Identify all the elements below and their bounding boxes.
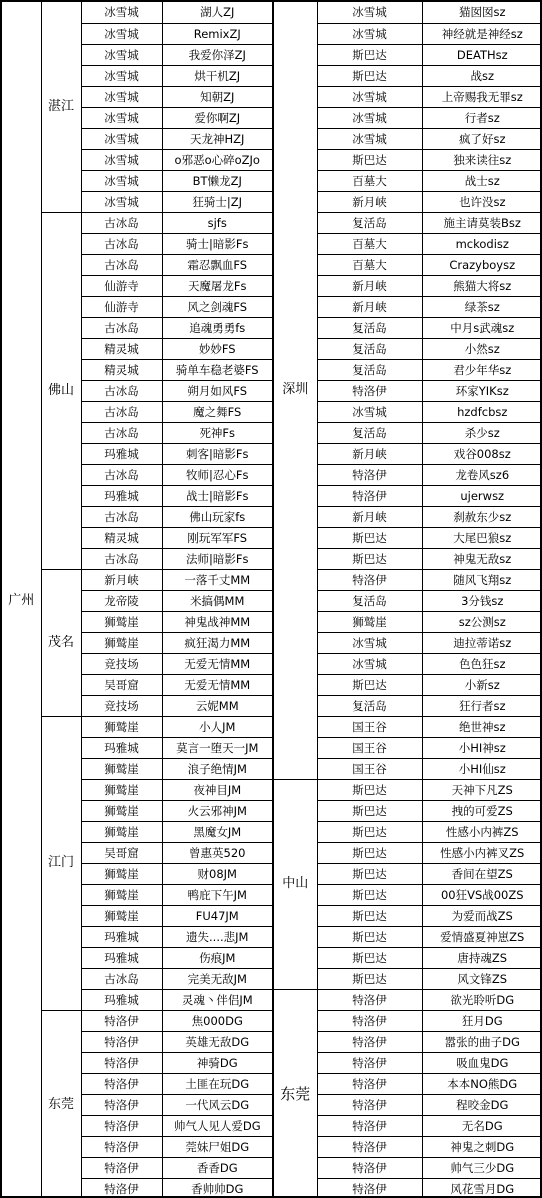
server-cell: 玛雅城 (81, 737, 162, 758)
server-cell: 吴哥窟 (81, 842, 162, 863)
player-name-cell: 香香DG (162, 1157, 272, 1178)
server-cell: 玛雅城 (81, 947, 162, 968)
server-cell: 狮鹫崖 (81, 800, 162, 821)
server-cell: 特洛伊 (81, 1052, 162, 1073)
city-cell: 江门 (41, 716, 81, 1010)
player-name-cell: sjfs (162, 212, 272, 233)
table-row: 东莞特洛伊焦000DG (2, 1010, 272, 1031)
player-name-cell: 香帅帅DG (162, 1178, 272, 1198)
city-cell: 中山 (274, 779, 317, 989)
player-name-cell: 米搞偶MM (162, 590, 272, 611)
player-name-cell: 行者sz (422, 107, 542, 128)
server-cell: 百墓大 (317, 170, 422, 191)
city-cell: 湛江 (41, 2, 81, 212)
server-cell: 冰雪城 (81, 191, 162, 212)
server-cell: 斯巴达 (317, 821, 422, 842)
table-row: 茂名新月峡一落千丈MM (2, 569, 272, 590)
server-cell: 特洛伊 (317, 1157, 422, 1178)
player-name-cell: 迪拉蒂诺sz (422, 632, 542, 653)
server-cell: 特洛伊 (317, 380, 422, 401)
player-name-cell: 一代风云DG (162, 1094, 272, 1115)
player-name-cell: 小HI神sz (422, 737, 542, 758)
player-name-cell: 帅气人见人爱DG (162, 1115, 272, 1136)
player-name-cell: 刚玩军军FS (162, 527, 272, 548)
player-name-cell: 我爱你泽ZJ (162, 44, 272, 65)
player-name-cell: 天神下凡ZS (422, 779, 542, 800)
player-name-cell: 灵魂丶伴侣JM (162, 989, 272, 1010)
server-cell: 玛雅城 (81, 989, 162, 1010)
server-cell: 古冰岛 (81, 401, 162, 422)
player-name-cell: 绝世神sz (422, 716, 542, 737)
server-cell: 冰雪城 (81, 107, 162, 128)
server-cell: 国王谷 (317, 716, 422, 737)
server-cell: 仙游寺 (81, 296, 162, 317)
player-name-cell: 一落千丈MM (162, 569, 272, 590)
server-cell: 斯巴达 (317, 863, 422, 884)
server-cell: 狮鹫崖 (81, 779, 162, 800)
server-cell: 斯巴达 (317, 44, 422, 65)
right-table-region: 深圳冰雪城猫囡囡sz冰雪城神经就是神经sz斯巴达DEATHsz斯巴达战sz冰雪城… (272, 2, 540, 1196)
server-cell: 特洛伊 (317, 1010, 422, 1031)
table-row: 江门狮鹫崖小人JM (2, 716, 272, 737)
player-name-cell: 狂行者sz (422, 695, 542, 716)
player-name-cell: 3分钱sz (422, 590, 542, 611)
player-name-cell: o邪恶o心碎oZJo (162, 149, 272, 170)
server-cell: 新月峡 (317, 191, 422, 212)
city-cell: 茂名 (41, 569, 81, 716)
player-name-cell: 神鬼之刺DG (422, 1136, 542, 1157)
player-name-cell: 小然sz (422, 338, 542, 359)
left-table-region: 广州湛江冰雪城湖人ZJ冰雪城RemixZJ冰雪城我爱你泽ZJ冰雪城烘干机ZJ冰雪… (2, 2, 272, 1196)
server-cell: 新月峡 (81, 569, 162, 590)
server-cell: 精灵城 (81, 359, 162, 380)
server-cell: 特洛伊 (317, 569, 422, 590)
player-name-cell: RemixZJ (162, 23, 272, 44)
player-name-cell: 莫言一堕天一JM (162, 737, 272, 758)
player-name-cell: 爱情盛夏神崽ZS (422, 926, 542, 947)
player-name-cell: 战士|暗影Fs (162, 485, 272, 506)
server-cell: 冰雪城 (317, 632, 422, 653)
player-name-cell: 风文锋ZS (422, 968, 542, 989)
city-cell: 深圳 (274, 2, 317, 779)
player-name-cell: 疯了好sz (422, 128, 542, 149)
player-name-cell: 程咬金DG (422, 1094, 542, 1115)
player-name-cell: hzdfcbsz (422, 401, 542, 422)
server-cell: 特洛伊 (81, 1115, 162, 1136)
server-cell: 特洛伊 (81, 1010, 162, 1031)
province-cell: 广州 (2, 2, 41, 1198)
player-name-cell: 熊猫大将sz (422, 275, 542, 296)
player-name-cell: 性感小内裤ZS (422, 821, 542, 842)
left-roster-table: 广州湛江冰雪城湖人ZJ冰雪城RemixZJ冰雪城我爱你泽ZJ冰雪城烘干机ZJ冰雪… (2, 2, 272, 1198)
server-cell: 古冰岛 (81, 233, 162, 254)
player-name-cell: 火云邪神JM (162, 800, 272, 821)
server-cell: 新月峡 (317, 506, 422, 527)
server-cell: 精灵城 (81, 338, 162, 359)
player-name-cell: FU47JM (162, 905, 272, 926)
table-row: 东莞特洛伊欲光聆听DG (274, 989, 542, 1010)
server-cell: 狮鹫崖 (317, 611, 422, 632)
server-cell: 狮鹫崖 (81, 821, 162, 842)
server-cell: 冰雪城 (81, 2, 162, 23)
player-name-cell: 死神Fs (162, 422, 272, 443)
server-cell: 古冰岛 (81, 464, 162, 485)
player-name-cell: 天魔屠龙Fs (162, 275, 272, 296)
player-name-cell: 君少年华sz (422, 359, 542, 380)
server-cell: 冰雪城 (81, 149, 162, 170)
server-cell: 特洛伊 (317, 989, 422, 1010)
server-cell: 狮鹫崖 (81, 611, 162, 632)
server-cell: 冰雪城 (317, 653, 422, 674)
player-name-cell: 本本NO熊DG (422, 1073, 542, 1094)
player-name-cell: 欲光聆听DG (422, 989, 542, 1010)
server-cell: 复活岛 (317, 212, 422, 233)
player-name-cell: 土匪在玩DG (162, 1073, 272, 1094)
server-cell: 冰雪城 (81, 65, 162, 86)
player-name-cell: 大尾巴狼sz (422, 527, 542, 548)
server-cell: 国王谷 (317, 758, 422, 779)
player-name-cell: 骑士|暗影Fs (162, 233, 272, 254)
server-cell: 玛雅城 (81, 926, 162, 947)
player-name-cell: 嚣张的曲子DG (422, 1031, 542, 1052)
server-cell: 斯巴达 (317, 65, 422, 86)
player-name-cell: 爱你啊ZJ (162, 107, 272, 128)
server-cell: 玛雅城 (81, 485, 162, 506)
player-name-cell: Crazyboysz (422, 254, 542, 275)
server-cell: 特洛伊 (81, 1178, 162, 1198)
server-cell: 冰雪城 (317, 86, 422, 107)
player-name-cell: 随风飞翔sz (422, 569, 542, 590)
player-name-cell: 猫囡囡sz (422, 2, 542, 23)
player-name-cell: 完美无敌JM (162, 968, 272, 989)
server-cell: 冰雪城 (317, 128, 422, 149)
player-name-cell: 为爱而战ZS (422, 905, 542, 926)
server-cell: 斯巴达 (317, 968, 422, 989)
player-name-cell: 狂骑士|ZJ (162, 191, 272, 212)
server-cell: 新月峡 (317, 275, 422, 296)
player-name-cell: 00狂VS战00ZS (422, 884, 542, 905)
player-name-cell: 财08JM (162, 863, 272, 884)
player-name-cell: sz公测sz (422, 611, 542, 632)
server-cell: 复活岛 (317, 590, 422, 611)
player-name-cell: 天龙神HZJ (162, 128, 272, 149)
server-cell: 冰雪城 (81, 128, 162, 149)
player-name-cell: 云妮MM (162, 695, 272, 716)
roster-sheet: 广州湛江冰雪城湖人ZJ冰雪城RemixZJ冰雪城我爱你泽ZJ冰雪城烘干机ZJ冰雪… (0, 0, 542, 1198)
player-name-cell: 霜忍飘血FS (162, 254, 272, 275)
player-name-cell: 施主请莫装Bsz (422, 212, 542, 233)
player-name-cell: 帅气三少DG (422, 1157, 542, 1178)
table-row: 中山斯巴达天神下凡ZS (274, 779, 542, 800)
server-cell: 冰雪城 (81, 170, 162, 191)
server-cell: 冰雪城 (317, 2, 422, 23)
server-cell: 古冰岛 (81, 422, 162, 443)
server-cell: 狮鹫崖 (81, 905, 162, 926)
server-cell: 特洛伊 (317, 1073, 422, 1094)
player-name-cell: 疯狂渴力MM (162, 632, 272, 653)
player-name-cell: 战sz (422, 65, 542, 86)
city-cell: 东莞 (41, 1010, 81, 1198)
server-cell: 特洛伊 (317, 1094, 422, 1115)
player-name-cell: 神骑DG (162, 1052, 272, 1073)
player-name-cell: 风之剑魂FS (162, 296, 272, 317)
player-name-cell: 知朝ZJ (162, 86, 272, 107)
player-name-cell: 佛山玩家fs (162, 506, 272, 527)
server-cell: 特洛伊 (317, 1115, 422, 1136)
server-cell: 古冰岛 (81, 506, 162, 527)
player-name-cell: 中月s武魂sz (422, 317, 542, 338)
player-name-cell: 狂月DG (422, 1010, 542, 1031)
table-row: 深圳冰雪城猫囡囡sz (274, 2, 542, 23)
server-cell: 古冰岛 (81, 380, 162, 401)
player-name-cell: 法师|暗影Fs (162, 548, 272, 569)
player-name-cell: 英雄无敌DG (162, 1031, 272, 1052)
server-cell: 百墓大 (317, 254, 422, 275)
right-roster-table: 深圳冰雪城猫囡囡sz冰雪城神经就是神经sz斯巴达DEATHsz斯巴达战sz冰雪城… (274, 2, 542, 1198)
server-cell: 复活岛 (317, 317, 422, 338)
table-row: 广州湛江冰雪城湖人ZJ (2, 2, 272, 23)
server-cell: 特洛伊 (81, 1157, 162, 1178)
server-cell: 斯巴达 (317, 947, 422, 968)
server-cell: 复活岛 (317, 422, 422, 443)
player-name-cell: 戏谷008sz (422, 443, 542, 464)
player-name-cell: 朔月如风FS (162, 380, 272, 401)
player-name-cell: mckodisz (422, 233, 542, 254)
server-cell: 斯巴达 (317, 884, 422, 905)
server-cell: 斯巴达 (317, 149, 422, 170)
server-cell: 精灵城 (81, 527, 162, 548)
server-cell: 斯巴达 (317, 548, 422, 569)
server-cell: 特洛伊 (81, 1094, 162, 1115)
player-name-cell: 浪子绝情JM (162, 758, 272, 779)
player-name-cell: 刹赦东少sz (422, 506, 542, 527)
server-cell: 新月峡 (317, 443, 422, 464)
player-name-cell: 风花雪月DG (422, 1178, 542, 1198)
player-name-cell: 独来读往sz (422, 149, 542, 170)
player-name-cell: 鸭庇下午JM (162, 884, 272, 905)
player-name-cell: 遗失....悲JM (162, 926, 272, 947)
server-cell: 新月峡 (317, 296, 422, 317)
server-cell: 斯巴达 (317, 779, 422, 800)
player-name-cell: 夜神目JM (162, 779, 272, 800)
server-cell: 复活岛 (317, 338, 422, 359)
server-cell: 斯巴达 (317, 905, 422, 926)
server-cell: 斯巴达 (317, 527, 422, 548)
server-cell: 特洛伊 (317, 1052, 422, 1073)
player-name-cell: 无爱无情MM (162, 674, 272, 695)
city-cell: 东莞 (274, 989, 317, 1198)
server-cell: 狮鹫崖 (81, 632, 162, 653)
server-cell: 斯巴达 (317, 674, 422, 695)
server-cell: 狮鹫崖 (81, 716, 162, 737)
server-cell: 狮鹫崖 (81, 863, 162, 884)
server-cell: 特洛伊 (317, 485, 422, 506)
player-name-cell: 小新sz (422, 674, 542, 695)
server-cell: 特洛伊 (317, 464, 422, 485)
table-row: 佛山古冰岛sjfs (2, 212, 272, 233)
server-cell: 狮鹫崖 (81, 758, 162, 779)
server-cell: 竞技场 (81, 695, 162, 716)
player-name-cell: 黑魔女JM (162, 821, 272, 842)
player-name-cell: 魔之舞FS (162, 401, 272, 422)
player-name-cell: 也许没sz (422, 191, 542, 212)
player-name-cell: 吸血鬼DG (422, 1052, 542, 1073)
server-cell: 特洛伊 (317, 1031, 422, 1052)
server-cell: 斯巴达 (317, 842, 422, 863)
server-cell: 特洛伊 (81, 1136, 162, 1157)
player-name-cell: 曾惠英520 (162, 842, 272, 863)
player-name-cell: 骑单车稳老婆FS (162, 359, 272, 380)
player-name-cell: 妙妙FS (162, 338, 272, 359)
server-cell: 特洛伊 (81, 1031, 162, 1052)
server-cell: 古冰岛 (81, 548, 162, 569)
player-name-cell: 无名DG (422, 1115, 542, 1136)
server-cell: 百墓大 (317, 233, 422, 254)
player-name-cell: 伤痕JM (162, 947, 272, 968)
server-cell: 冰雪城 (317, 107, 422, 128)
player-name-cell: BT懒龙ZJ (162, 170, 272, 191)
city-cell: 佛山 (41, 212, 81, 569)
server-cell: 特洛伊 (317, 1136, 422, 1157)
server-cell: 玛雅城 (81, 443, 162, 464)
server-cell: 复活岛 (317, 359, 422, 380)
player-name-cell: 拽的可爱ZS (422, 800, 542, 821)
player-name-cell: 绿茶sz (422, 296, 542, 317)
server-cell: 古冰岛 (81, 968, 162, 989)
server-cell: 冰雪城 (81, 86, 162, 107)
server-cell: 冰雪城 (81, 23, 162, 44)
player-name-cell: 香间在望ZS (422, 863, 542, 884)
player-name-cell: 杀少sz (422, 422, 542, 443)
server-cell: 古冰岛 (81, 317, 162, 338)
server-cell: 吴哥窟 (81, 674, 162, 695)
player-name-cell: 莞妹尸姐DG (162, 1136, 272, 1157)
player-name-cell: 追魂勇勇fs (162, 317, 272, 338)
player-name-cell: 牧师|忍心Fs (162, 464, 272, 485)
server-cell: 斯巴达 (317, 800, 422, 821)
player-name-cell: 战士sz (422, 170, 542, 191)
player-name-cell: 神鬼无敌sz (422, 548, 542, 569)
player-name-cell: DEATHsz (422, 44, 542, 65)
server-cell: 特洛伊 (81, 1073, 162, 1094)
player-name-cell: 小HI仙sz (422, 758, 542, 779)
server-cell: 冰雪城 (317, 23, 422, 44)
player-name-cell: 上帝赐我无罪sz (422, 86, 542, 107)
player-name-cell: 小人JM (162, 716, 272, 737)
server-cell: 古冰岛 (81, 212, 162, 233)
server-cell: 特洛伊 (317, 1178, 422, 1198)
player-name-cell: 色色狂sz (422, 653, 542, 674)
server-cell: 古冰岛 (81, 254, 162, 275)
server-cell: 国王谷 (317, 737, 422, 758)
server-cell: 竞技场 (81, 653, 162, 674)
server-cell: 复活岛 (317, 695, 422, 716)
player-name-cell: 烘干机ZJ (162, 65, 272, 86)
server-cell: 冰雪城 (81, 44, 162, 65)
player-name-cell: 神经就是神经sz (422, 23, 542, 44)
player-name-cell: 焦000DG (162, 1010, 272, 1031)
server-cell: 狮鹫崖 (81, 884, 162, 905)
player-name-cell: 湖人ZJ (162, 2, 272, 23)
player-name-cell: 龙卷风sz6 (422, 464, 542, 485)
player-name-cell: ujerwsz (422, 485, 542, 506)
player-name-cell: 无爱无情MM (162, 653, 272, 674)
server-cell: 冰雪城 (317, 401, 422, 422)
server-cell: 龙帝陵 (81, 590, 162, 611)
server-cell: 仙游寺 (81, 275, 162, 296)
player-name-cell: 神鬼战神MM (162, 611, 272, 632)
player-name-cell: 刺客|暗影Fs (162, 443, 272, 464)
player-name-cell: 唐持魂ZS (422, 947, 542, 968)
player-name-cell: 环家YIKsz (422, 380, 542, 401)
player-name-cell: 性感小内裤叉ZS (422, 842, 542, 863)
server-cell: 斯巴达 (317, 926, 422, 947)
